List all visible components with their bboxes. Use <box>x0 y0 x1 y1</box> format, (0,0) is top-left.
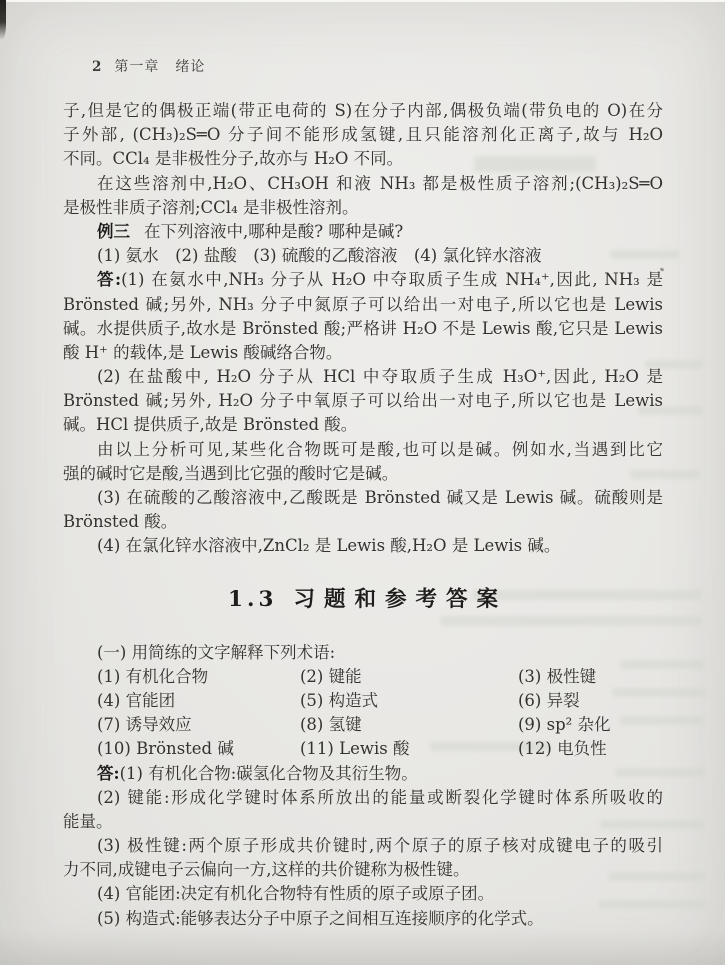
page-body: 子,但是它的偶极正端(带正电荷的 S)在分子内部,偶极负端(带负电的 O)在分 … <box>63 99 663 931</box>
text-line: 子外部, (CH₃)₂S═O 分子间不能形成氢键,且只能溶剂化正离子,故与 H₂… <box>63 123 663 147</box>
line-text: (1) 在氨水中,NH₃ 分子从 H₂O 中夺取质子生成 NH₄⁺,因此, NH… <box>121 270 663 289</box>
scan-edge-artifact <box>0 0 6 40</box>
answer-line: 答:(1) 在氨水中,NH₃ 分子从 H₂O 中夺取质子生成 NH₄⁺,因此, … <box>63 268 663 292</box>
example-label: 例三 <box>97 222 130 241</box>
answer-label: 答: <box>97 270 121 289</box>
scanned-book-page: 2第一章绪论 子,但是它的偶极正端(带正电荷的 S)在分子内部,偶极负端(带负电… <box>0 0 725 965</box>
text-line: 碱。HCl 提供质子,故是 Brönsted 酸。 <box>63 413 663 437</box>
section-number: 1.3 <box>228 587 277 612</box>
text-line: 是极性非质子溶剂;CCl₄ 是非极性溶剂。 <box>63 196 663 220</box>
term-row: (7) 诱导效应 (8) 氢键 (9) sp² 杂化 <box>63 713 663 737</box>
example-heading-line: 例三在下列溶液中,哪种是酸? 哪种是碱? <box>63 220 663 244</box>
exercise-intro-line: (一) 用简练的文字解释下列术语: <box>63 641 663 665</box>
text-line: 不同。CCl₄ 是非极性分子,故亦与 H₂O 不同。 <box>63 147 663 171</box>
term: (6) 异裂 <box>518 689 663 713</box>
text-line: 强的碱时它是酸,当遇到比它强的酸时它是碱。 <box>63 462 663 486</box>
term: (11) Lewis 酸 <box>300 737 518 761</box>
text-line: (3) 在硫酸的乙酸溶液中,乙酸既是 Brönsted 碱又是 Lewis 碱。… <box>63 486 663 510</box>
term-row: (1) 有机化合物 (2) 键能 (3) 极性键 <box>63 665 663 689</box>
text-line: 碱。水提供质子,故水是 Brönsted 酸;严格讲 H₂O 不是 Lewis … <box>63 317 663 341</box>
text-line: (2) 键能:形成化学键时体系所放出的能量或断裂化学键时体系所吸收的 <box>63 786 663 810</box>
line-text: 在下列溶液中,哪种是酸? 哪种是碱? <box>144 222 403 241</box>
term: (10) Brönsted 碱 <box>97 737 300 761</box>
text-line: 由以上分析可见,某些化合物既可是酸,也可以是碱。例如水,当遇到比它 <box>63 438 663 462</box>
text-line: (5) 构造式:能够表达分子中原子之间相互连接顺序的化学式。 <box>63 907 663 931</box>
term: (2) 键能 <box>300 665 518 689</box>
text-line: Brönsted 碱;另外, NH₃ 分子中氮原子可以给出一对电子,所以它也是 … <box>63 293 663 317</box>
text-line: Brönsted 碱;另外, H₂O 分子中氧原子可以给出一对电子,所以它也是 … <box>63 389 663 413</box>
text-line: (4) 在氯化锌水溶液中,ZnCl₂ 是 Lewis 酸,H₂O 是 Lewis… <box>63 534 663 558</box>
running-header: 2第一章绪论 <box>92 56 205 76</box>
section-heading: 1.3习题和参考答案 <box>63 585 663 615</box>
text-line: (1) 氨水 (2) 盐酸 (3) 硫酸的乙酸溶液 (4) 氯化锌水溶液 <box>63 244 663 268</box>
page-number: 2 <box>92 59 102 75</box>
line-text: (1) 有机化合物:碳氢化合物及其衍生物。 <box>120 764 418 783</box>
section-title: 习题和参考答案 <box>293 587 507 612</box>
text-line: 酸 H⁺ 的载体,是 Lewis 酸碱络合物。 <box>63 341 663 365</box>
term: (3) 极性键 <box>518 665 663 689</box>
chapter-title: 绪论 <box>175 59 205 75</box>
term: (5) 构造式 <box>300 689 518 713</box>
text-line: 在这些溶剂中,H₂O、CH₃OH 和液 NH₃ 都是极性质子溶剂;(CH₃)₂S… <box>63 172 663 196</box>
text-line: Brönsted 酸。 <box>63 510 663 534</box>
term: (9) sp² 杂化 <box>518 713 663 737</box>
text-line: 力不同,成键电子云偏向一方,这样的共价键称为极性键。 <box>63 858 663 882</box>
term: (4) 官能团 <box>97 689 300 713</box>
term-row: (10) Brönsted 碱 (11) Lewis 酸 (12) 电负性 <box>63 737 663 761</box>
term-row: (4) 官能团 (5) 构造式 (6) 异裂 <box>63 689 663 713</box>
answer-label: 答: <box>97 764 120 783</box>
text-line: (4) 官能团:决定有机化合物特有性质的原子或原子团。 <box>63 882 663 906</box>
text-line: (3) 极性键:两个原子形成共价键时,两个原子的原子核对成键电子的吸引 <box>63 834 663 858</box>
text-line: (2) 在盐酸中, H₂O 分子从 HCl 中夺取质子生成 H₃O⁺,因此, H… <box>63 365 663 389</box>
text-line: 能量。 <box>63 810 663 834</box>
text-line: 子,但是它的偶极正端(带正电荷的 S)在分子内部,偶极负端(带负电的 O)在分 <box>63 99 663 123</box>
term: (8) 氢键 <box>300 713 518 737</box>
term: (12) 电负性 <box>518 737 663 761</box>
answer-line: 答:(1) 有机化合物:碳氢化合物及其衍生物。 <box>63 762 663 786</box>
term: (7) 诱导效应 <box>97 713 300 737</box>
term: (1) 有机化合物 <box>97 665 300 689</box>
chapter-label: 第一章 <box>114 59 159 75</box>
